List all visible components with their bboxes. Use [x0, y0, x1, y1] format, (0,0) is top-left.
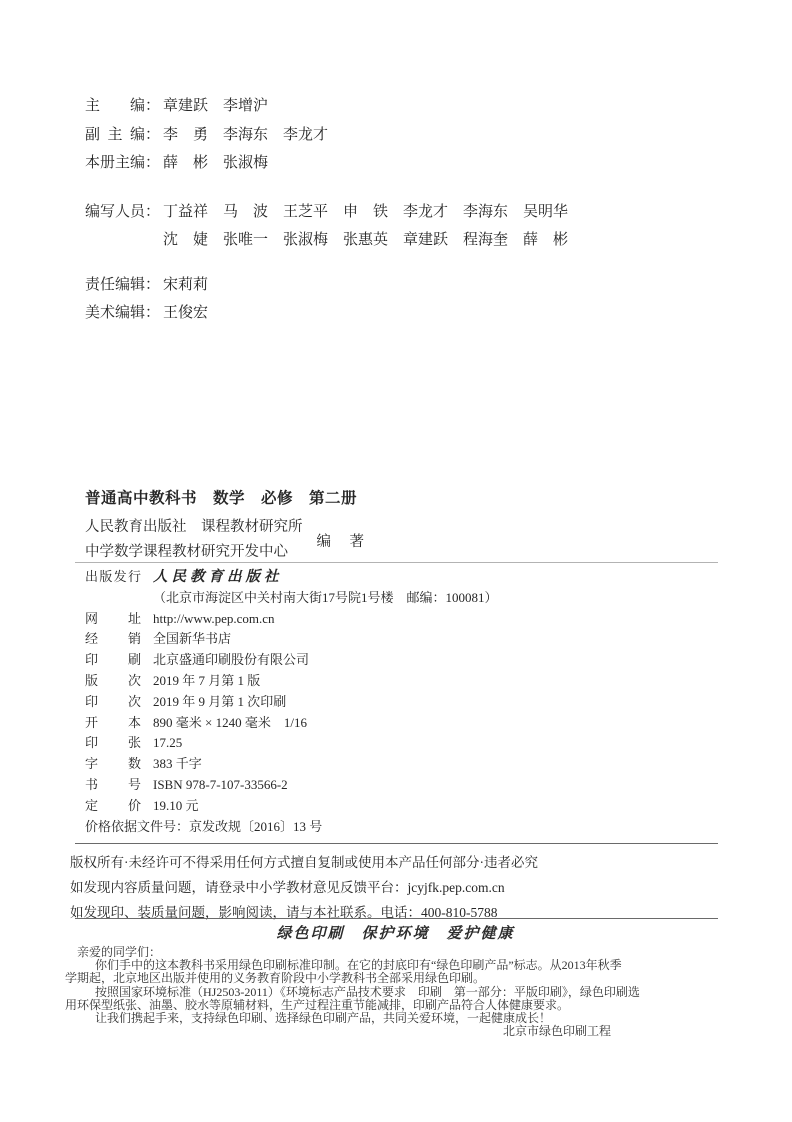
editorial-credits: 主编： 章建跃 李增沪 副主编： 李 勇 李海东 李龙才 本册主编： 薛 彬 张… [85, 92, 568, 328]
colophon-block: 出版发行 人民教育出版社 （北京市海淀区中关村南大街17号院1号楼 邮编：100… [85, 567, 498, 837]
green-signature: 北京市绿色印刷工程 [65, 1025, 726, 1038]
deputy-editor-label: 副主编 [85, 121, 145, 150]
publisher-institute-line: 人民教育出版社 课程教材研究所 [85, 515, 303, 540]
deputy-editor-names: 李 勇 李海东 李龙才 [163, 121, 328, 150]
author-role: 编 著 [317, 530, 367, 551]
edition-row: 版次 2019 年 7 月第 1 版 [85, 671, 498, 692]
writers-names: 丁益祥 马 波 王芝平 申 铁 李龙才 李海东 吴明华 沈 婕 张唯一 张淑梅 … [163, 198, 568, 255]
chief-editor-label: 主编 [85, 92, 145, 121]
book-authors: 人民教育出版社 课程教材研究所 中学数学课程教材研究开发中心 编 著 [85, 515, 366, 565]
writers-row: 编写人员： 丁益祥 马 波 王芝平 申 铁 李龙才 李海东 吴明华 沈 婕 张唯… [85, 198, 568, 255]
volume-editor-names: 薛 彬 张淑梅 [163, 149, 268, 178]
divider-rule-bottom [75, 918, 718, 919]
price-label: 定价 [85, 796, 141, 817]
printer-row: 印刷 北京盛通印刷股份有限公司 [85, 650, 498, 671]
colon: ： [145, 299, 160, 328]
website-row: 网址 http://www.pep.com.cn [85, 609, 498, 630]
publisher-address: （北京市海淀区中关村南大街17号院1号楼 邮编：100081） [153, 588, 498, 609]
price-value: 19.10 元 [153, 796, 199, 817]
divider-rule-top [75, 562, 718, 563]
colon: ： [145, 271, 160, 300]
publisher-label: 出版发行 [85, 567, 141, 588]
writers-line-2: 沈 婕 张唯一 张淑梅 张惠英 章建跃 程海奎 薛 彬 [163, 226, 568, 255]
format-value: 890 毫米 × 1240 毫米 1/16 [153, 713, 307, 734]
colon: ： [145, 198, 160, 255]
responsible-editor-name: 宋莉莉 [163, 271, 208, 300]
sheets-value: 17.25 [153, 733, 182, 754]
author-organizations: 人民教育出版社 课程教材研究所 中学数学课程教材研究开发中心 [85, 515, 303, 565]
sheets-row: 印张 17.25 [85, 733, 498, 754]
price-basis-line: 价格依据文件号：京发改规〔2016〕13 号 [85, 817, 498, 838]
art-editor-label: 美术编辑 [85, 299, 145, 328]
print-quality-line: 如发现印、装质量问题，影响阅读，请与本社联系。电话：400-810-5788 [70, 900, 538, 925]
copyright-line: 版权所有·未经许可不得采用任何方式擅自复制或使用本产品任何部分·违者必究 [70, 850, 538, 875]
art-editor-name: 王俊宏 [163, 299, 208, 328]
green-printing-section: 绿色印刷 保护环境 爱护健康 亲爱的同学们： 你们手中的这本教科书采用绿色印刷标… [65, 925, 726, 1038]
colophon-page: 主编： 章建跃 李增沪 副主编： 李 勇 李海东 李龙才 本册主编： 薛 彬 张… [0, 0, 792, 1122]
art-editor-row: 美术编辑： 王俊宏 [85, 299, 568, 328]
impression-row: 印次 2019 年 9 月第 1 次印刷 [85, 692, 498, 713]
distribution-value: 全国新华书店 [153, 629, 231, 650]
volume-editor-label: 本册主编 [85, 149, 145, 178]
isbn-value: ISBN 978-7-107-33566-2 [153, 775, 288, 796]
responsible-editor-row: 责任编辑： 宋莉莉 [85, 271, 568, 300]
printer-label: 印刷 [85, 650, 141, 671]
colon: ： [145, 149, 160, 178]
wordcount-row: 字数 383 千字 [85, 754, 498, 775]
book-title: 普通高中教科书 数学 必修 第二册 [85, 486, 366, 508]
copyright-notice: 版权所有·未经许可不得采用任何方式擅自复制或使用本产品任何部分·违者必究 如发现… [70, 850, 538, 925]
sheets-label: 印张 [85, 733, 141, 754]
impression-label: 印次 [85, 692, 141, 713]
green-paragraph-line: 让我们携起手来，支持绿色印刷、选择绿色印刷产品，共同关爱环境，一起健康成长！ [65, 1012, 726, 1025]
green-printing-title: 绿色印刷 保护环境 爱护健康 [65, 925, 726, 943]
distribution-row: 经销 全国新华书店 [85, 629, 498, 650]
writers-label: 编写人员 [85, 198, 145, 255]
printer-value: 北京盛通印刷股份有限公司 [153, 650, 309, 671]
colon: ： [145, 121, 160, 150]
colon: ： [145, 92, 160, 121]
divider-rule-middle [75, 843, 718, 844]
edition-label: 版次 [85, 671, 141, 692]
green-paragraph-line: 按照国家环境标准（HJ2503-2011）《环境标志产品技术要求 印刷 第一部分… [65, 986, 726, 999]
website-value: http://www.pep.com.cn [153, 609, 275, 630]
green-printing-body: 亲爱的同学们： 你们手中的这本教科书采用绿色印刷标准印制。在它的封底印有“绿色印… [65, 946, 726, 1038]
writers-line-1: 丁益祥 马 波 王芝平 申 铁 李龙才 李海东 吴明华 [163, 198, 568, 227]
responsible-editor-label: 责任编辑 [85, 271, 145, 300]
staff-editors: 责任编辑： 宋莉莉 美术编辑： 王俊宏 [85, 271, 568, 328]
volume-editor-row: 本册主编： 薛 彬 张淑梅 [85, 149, 568, 178]
content-feedback-line: 如发现内容质量问题，请登录中小学教材意见反馈平台：jcyjfk.pep.com.… [70, 875, 538, 900]
wordcount-value: 383 千字 [153, 754, 202, 775]
website-label: 网址 [85, 609, 141, 630]
isbn-label: 书号 [85, 775, 141, 796]
publisher-row: 出版发行 人民教育出版社 [85, 567, 498, 588]
edition-value: 2019 年 7 月第 1 版 [153, 671, 260, 692]
format-label: 开本 [85, 713, 141, 734]
wordcount-label: 字数 [85, 754, 141, 775]
format-row: 开本 890 毫米 × 1240 毫米 1/16 [85, 713, 498, 734]
book-info: 普通高中教科书 数学 必修 第二册 人民教育出版社 课程教材研究所 中学数学课程… [85, 486, 366, 565]
deputy-editor-row: 副主编： 李 勇 李海东 李龙才 [85, 121, 568, 150]
publisher-logotype: 人民教育出版社 [153, 567, 283, 588]
chief-editor-row: 主编： 章建跃 李增沪 [85, 92, 568, 121]
chief-editor-names: 章建跃 李增沪 [163, 92, 268, 121]
price-row: 定价 19.10 元 [85, 796, 498, 817]
distribution-label: 经销 [85, 629, 141, 650]
green-paragraph-line: 学期起，北京地区出版并使用的义务教育阶段中小学教科书全部采用绿色印刷。 [65, 972, 726, 985]
isbn-row: 书号 ISBN 978-7-107-33566-2 [85, 775, 498, 796]
impression-value: 2019 年 9 月第 1 次印刷 [153, 692, 286, 713]
